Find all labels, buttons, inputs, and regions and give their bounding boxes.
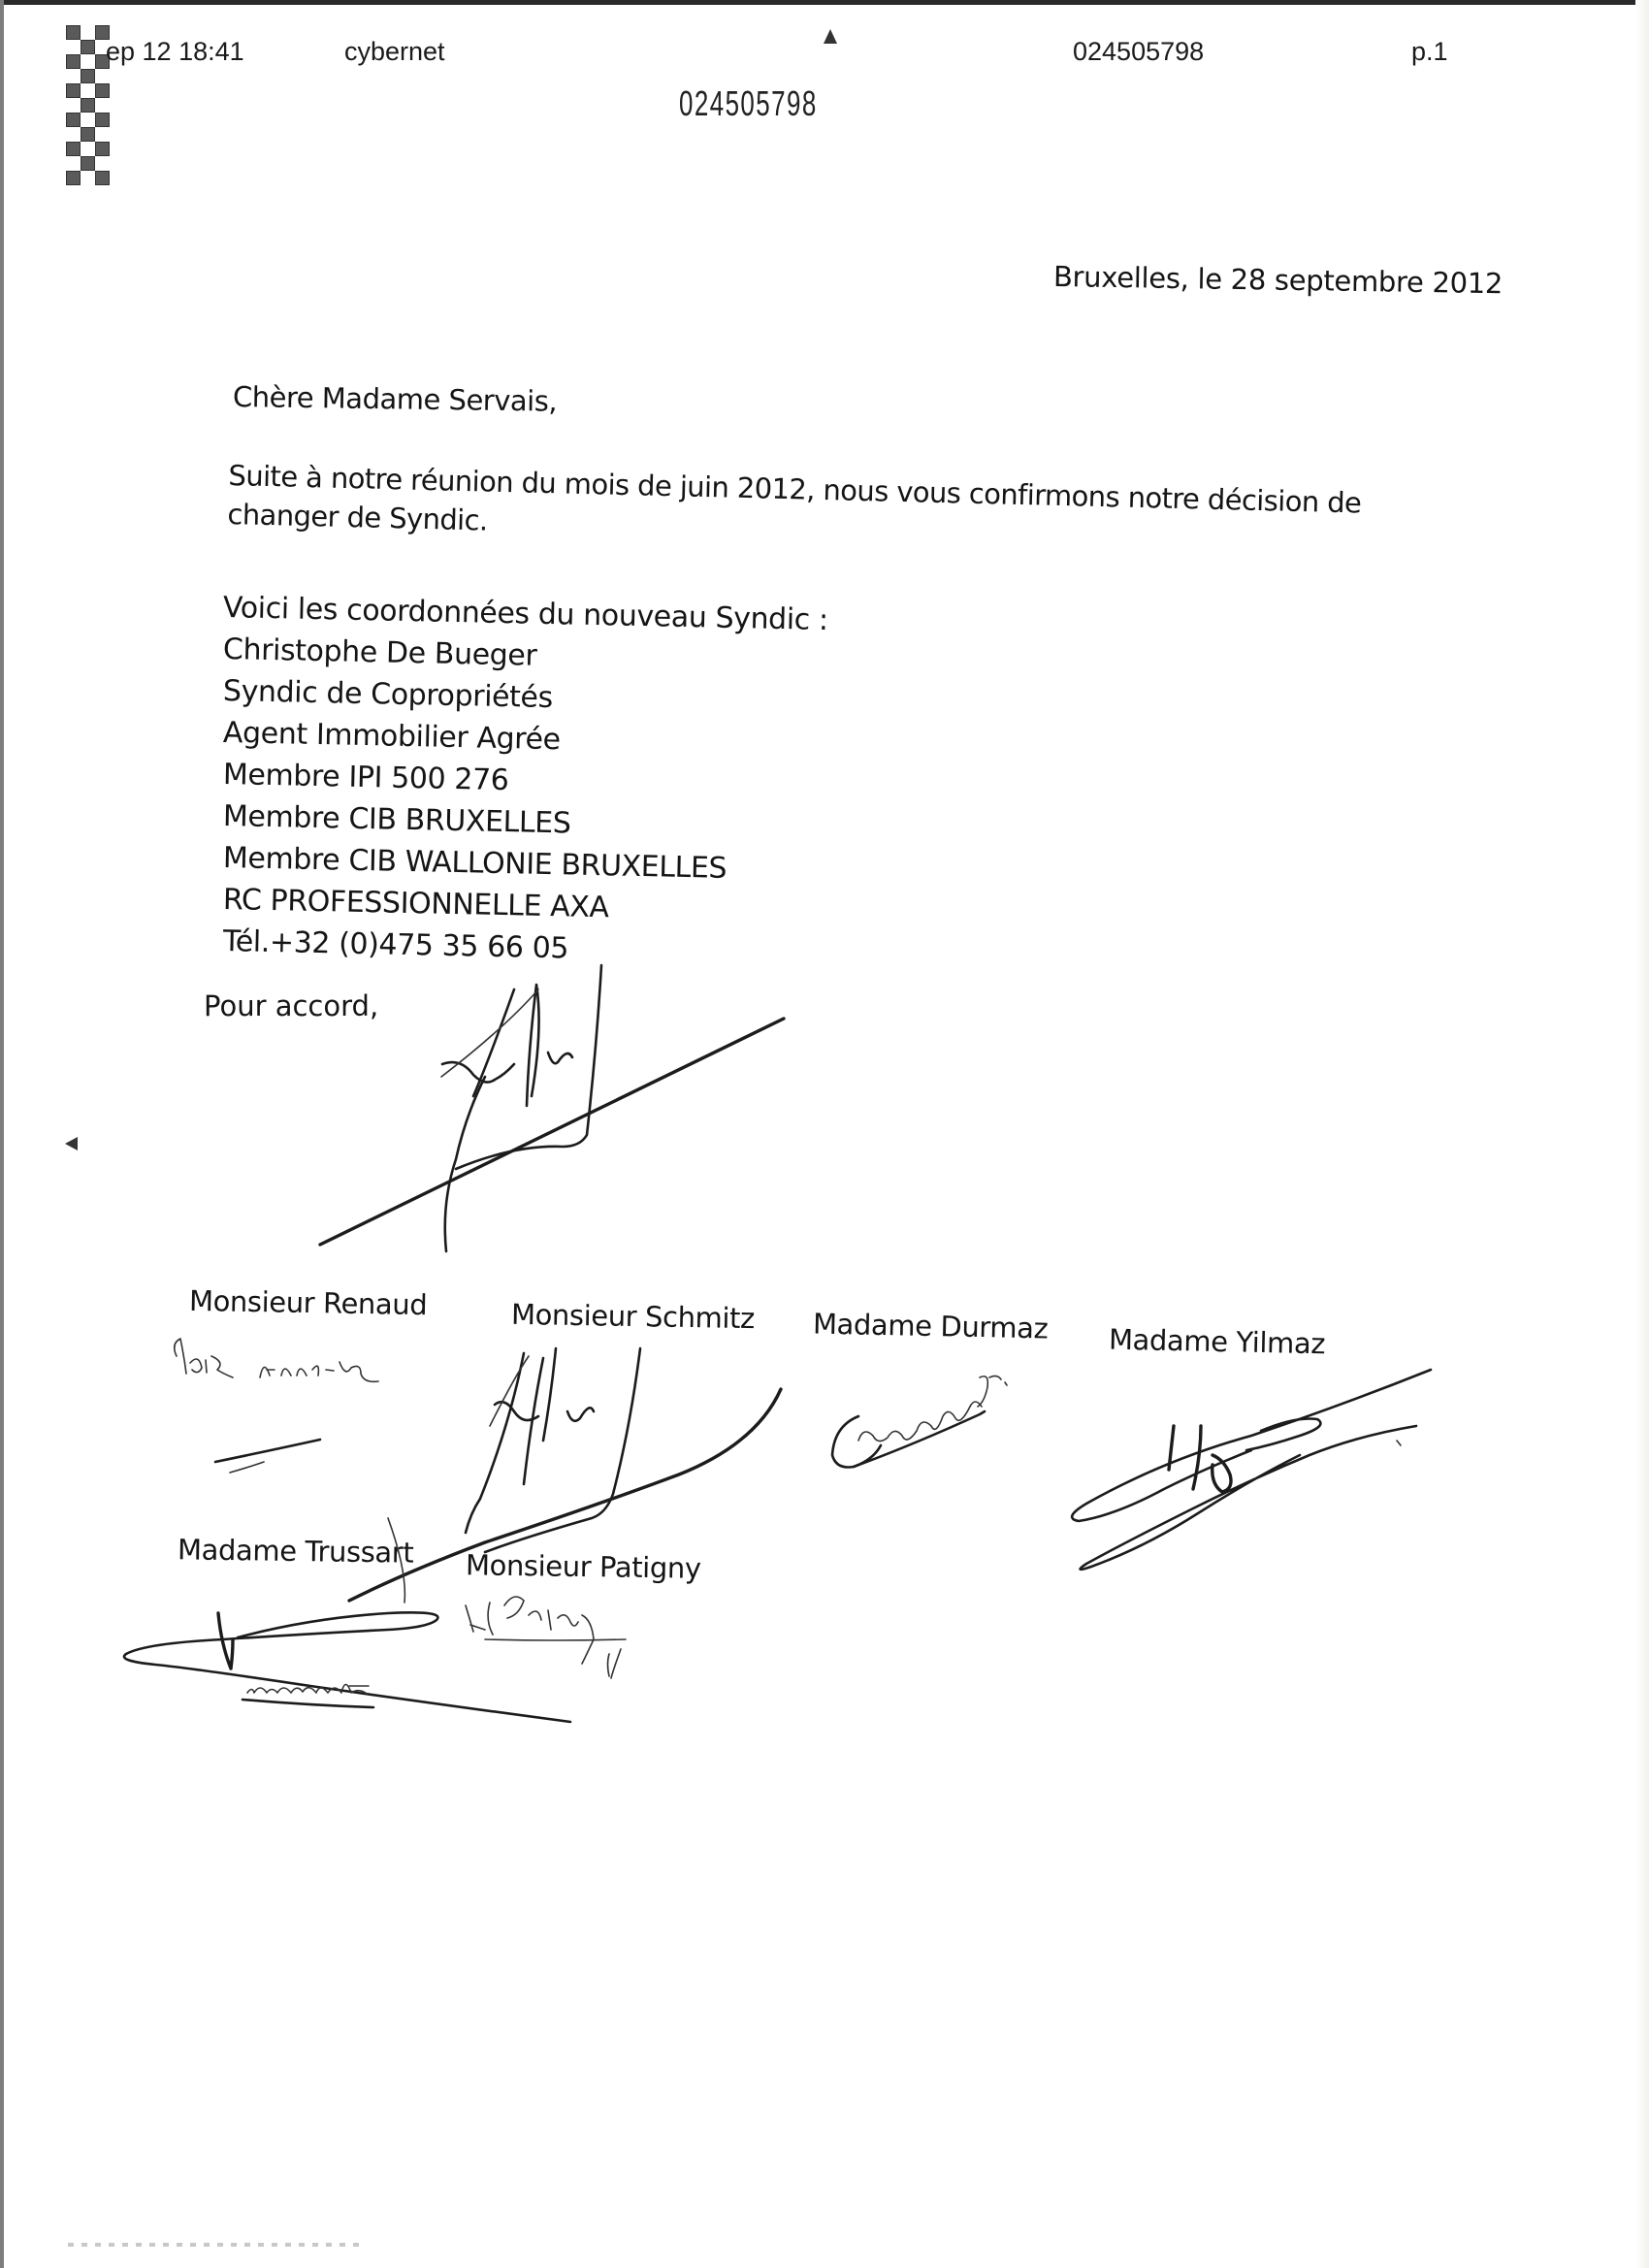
closing: Pour accord, (204, 989, 378, 1022)
renaud-signature (175, 1339, 378, 1473)
checker-square (81, 40, 95, 54)
checker-square (95, 171, 110, 185)
fax-sender: cybernet (344, 37, 445, 67)
patigny-signature (388, 1518, 626, 1678)
checker-square (81, 69, 95, 83)
scan-right-edge (1635, 0, 1649, 2268)
main-signature (320, 965, 784, 1251)
checker-square (81, 127, 95, 142)
signatures-layer (0, 0, 1649, 2268)
checker-square (95, 113, 110, 127)
footer-scan-noise (68, 2243, 359, 2247)
place-date: Bruxelles, le 28 septembre 2012 (1053, 260, 1503, 300)
triangle-left-icon (65, 1137, 78, 1150)
signatory-patigny: Monsieur Patigny (466, 1548, 701, 1584)
checker-square (66, 113, 81, 127)
checker-square (66, 142, 81, 156)
salutation: Chère Madame Servais, (233, 380, 558, 418)
signatory-durmaz: Madame Durmaz (813, 1307, 1049, 1345)
fax-page-number: p.1 (1411, 37, 1448, 67)
scan-left-border (0, 0, 4, 2268)
stamp-number: 024505798 (679, 83, 818, 124)
checker-square (66, 171, 81, 185)
signatory-yilmaz: Madame Yilmaz (1109, 1323, 1326, 1361)
checker-square (81, 156, 95, 171)
signatory-schmitz: Monsieur Schmitz (511, 1298, 755, 1335)
fax-number: 024505798 (1073, 37, 1204, 67)
yilmaz-signature (1072, 1370, 1431, 1570)
checker-square (66, 83, 81, 98)
checker-square (81, 98, 95, 113)
trussart-signature (124, 1612, 570, 1722)
scan-top-border (0, 0, 1649, 5)
checker-square (66, 54, 81, 69)
durmaz-signature (832, 1376, 1007, 1467)
signatory-renaud: Monsieur Renaud (189, 1284, 428, 1321)
triangle-up-icon (824, 29, 837, 44)
body-paragraph: Suite à notre réunion du mois de juin 20… (227, 456, 1480, 564)
fax-datetime: ep 12 18:41 (106, 37, 244, 67)
signatory-trussart: Madame Trussart (178, 1533, 414, 1569)
checker-square (66, 25, 81, 40)
syndic-coordinates: Voici les coordonnées du nouveau Syndic … (223, 587, 828, 962)
checker-square (95, 83, 110, 98)
checker-square (95, 142, 110, 156)
